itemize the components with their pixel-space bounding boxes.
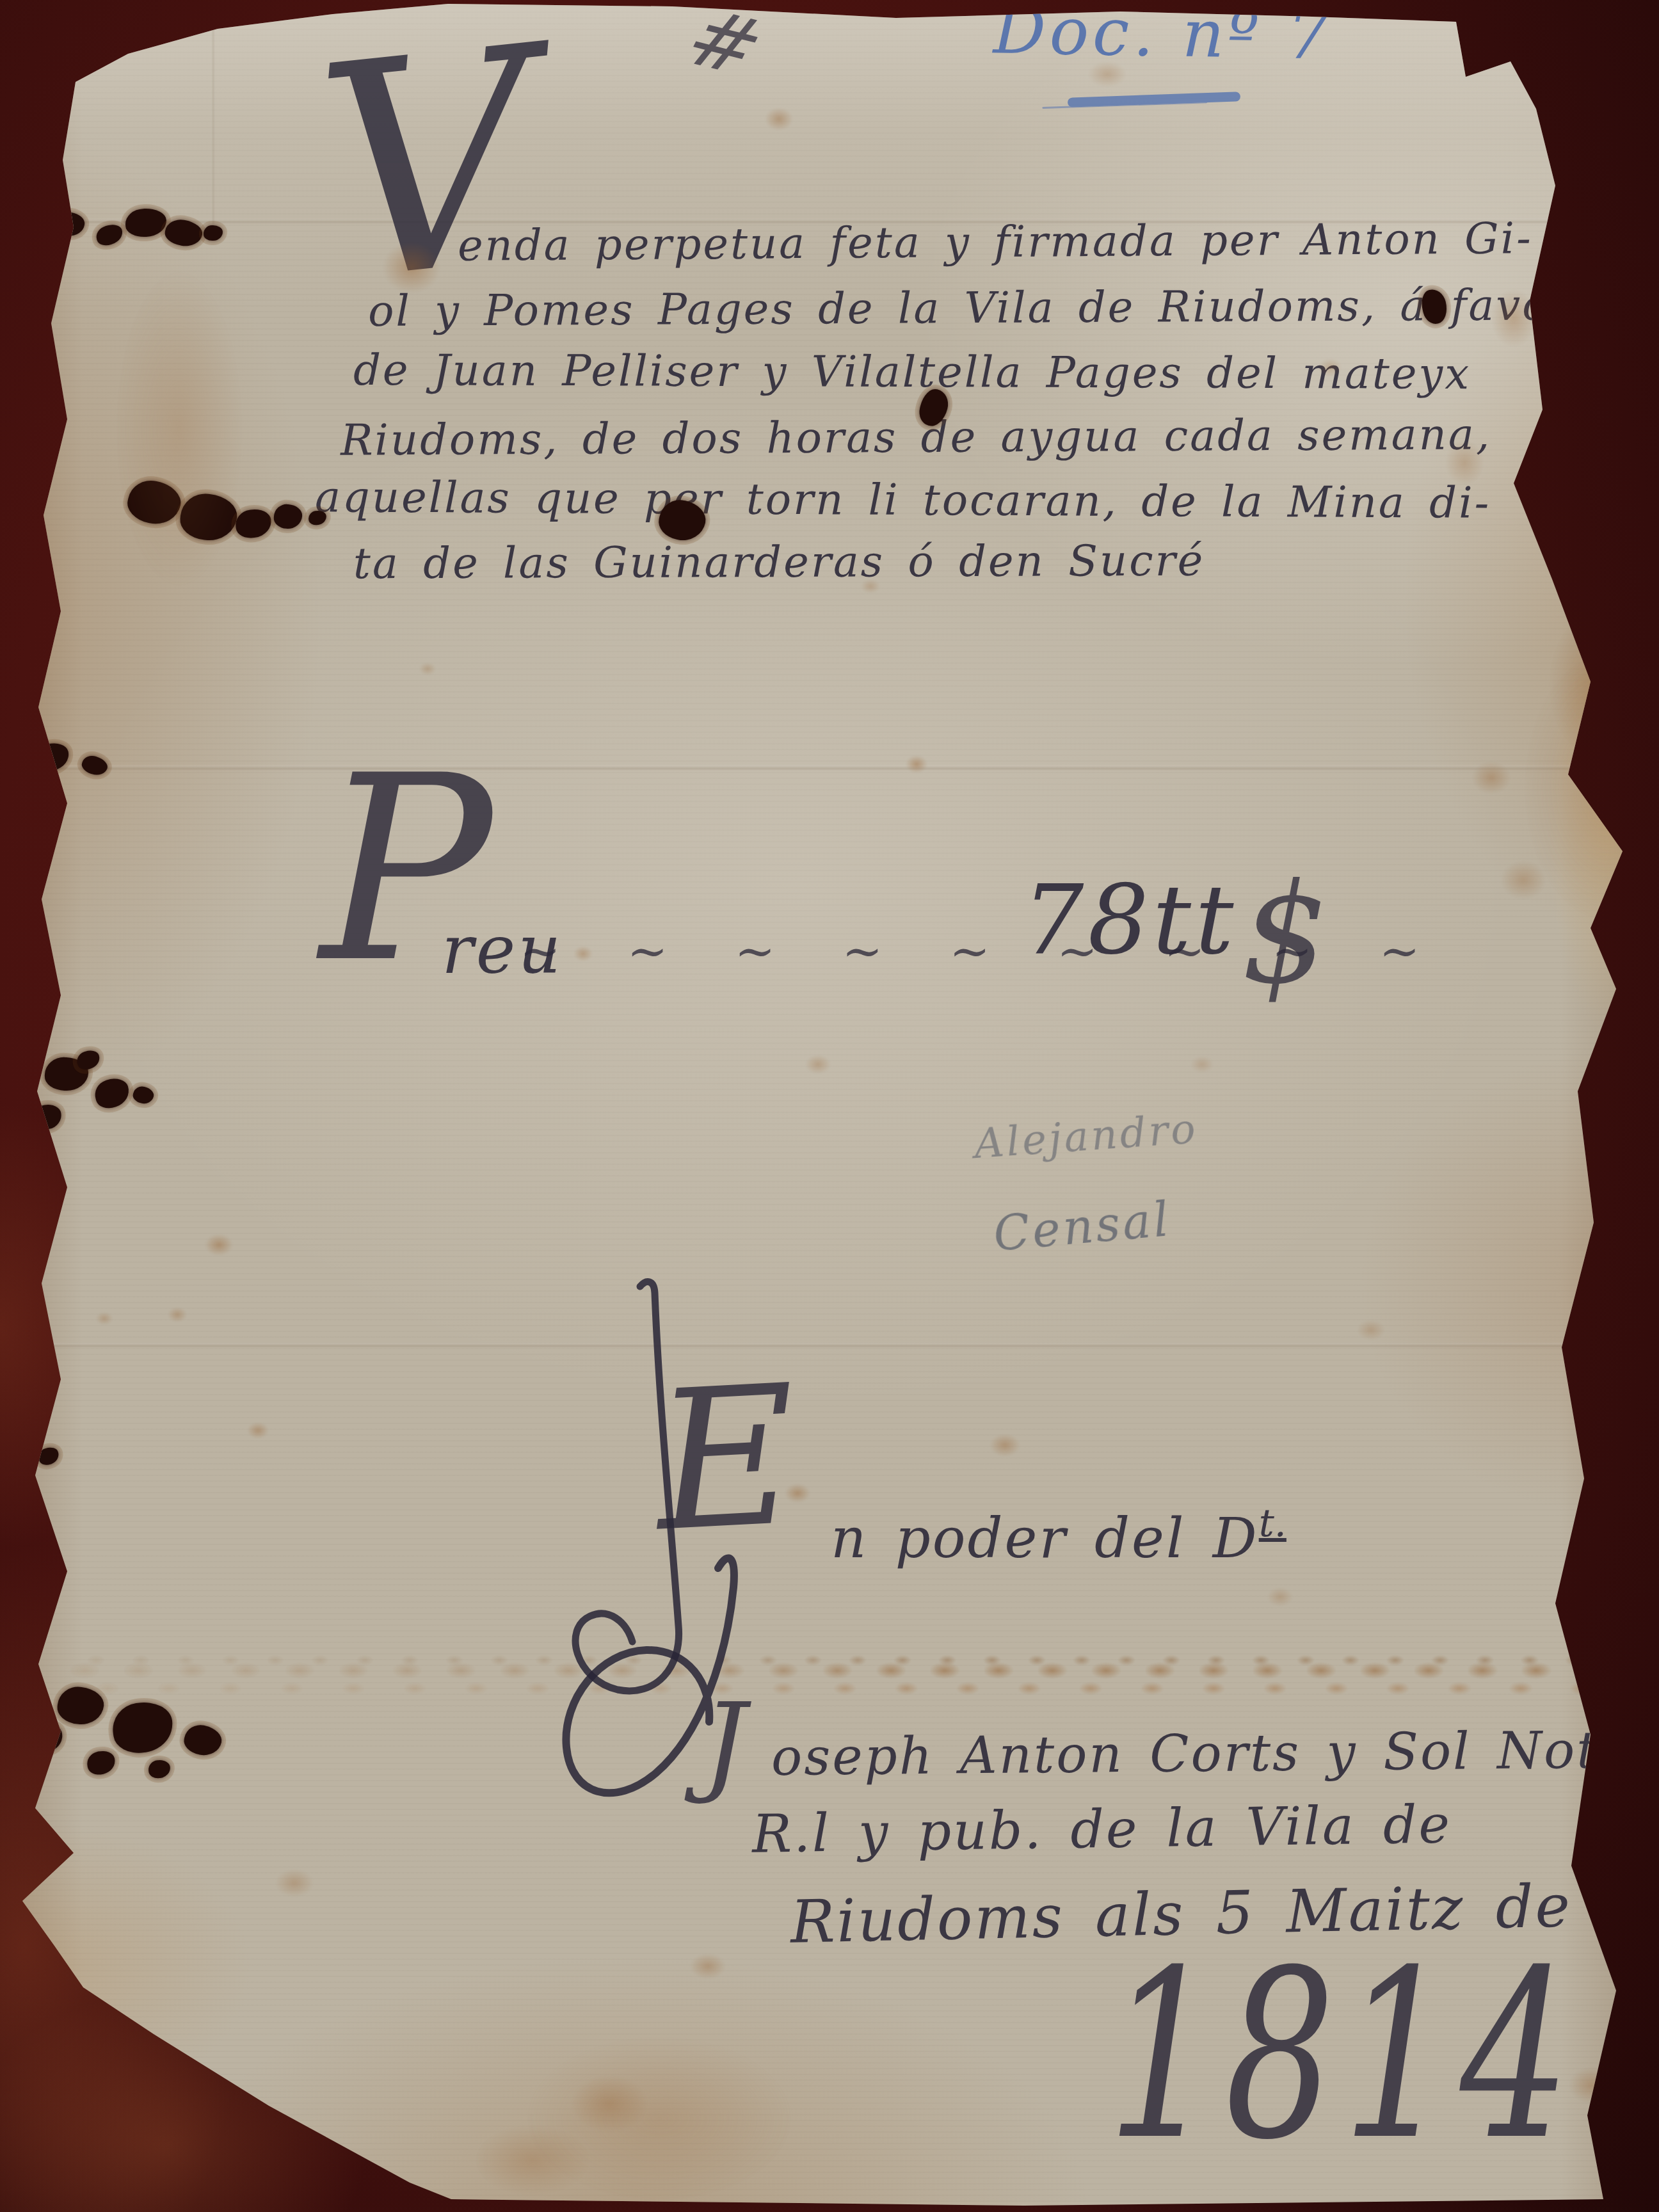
worm-hole	[92, 1075, 133, 1112]
foxing-stain	[1357, 1320, 1385, 1340]
notary-heading-superscript: t.	[1259, 1501, 1286, 1546]
currency-symbol: $	[1241, 854, 1329, 1014]
price-value-group: 78tt$	[1023, 865, 1329, 1003]
foxing-stain	[1267, 1587, 1293, 1607]
foxing-stain	[906, 755, 927, 773]
body-line-1: enda perpetua feta y firmada per Anton G…	[458, 217, 1533, 268]
foxing-stain	[419, 662, 436, 675]
fold-crease	[38, 1343, 1594, 1347]
foxing-stain	[1318, 358, 1342, 376]
foxing-stain	[205, 1234, 233, 1256]
vertical-crease	[211, 19, 214, 224]
foxing-stain	[690, 1953, 726, 1979]
foxing-stain	[1190, 1056, 1214, 1073]
photo-scene: # Doc. nº 7 V enda perpetua feta y firma…	[0, 0, 1659, 2212]
worm-hole	[234, 507, 273, 540]
doc-number-underline	[1068, 92, 1240, 107]
notary-heading: n poder del Dt.	[831, 1504, 1286, 1566]
foxing-stain	[1472, 762, 1511, 794]
foxing-stain	[785, 1484, 810, 1503]
document-year: 1814	[1107, 1939, 1578, 2172]
worm-hole	[148, 1759, 172, 1779]
worm-hole	[85, 1749, 118, 1777]
worm-hole	[109, 1699, 176, 1756]
foxing-stain	[861, 579, 880, 593]
notary-heading-text: n poder del D	[831, 1507, 1259, 1571]
worm-hole	[204, 225, 223, 241]
foxing-stain	[1088, 61, 1126, 87]
worm-hole	[80, 753, 110, 778]
body-line-6: ta de las Guinarderas ó den Sucré	[353, 540, 1205, 586]
foxing-stain	[990, 1434, 1020, 1457]
manuscript-page: # Doc. nº 7 V enda perpetua feta y firma…	[0, 0, 1659, 2212]
price-value: 78tt	[1023, 865, 1237, 976]
fold-stain-band	[70, 1651, 1607, 1706]
foxing-stain	[525, 2035, 794, 2202]
foxing-stain	[115, 269, 243, 589]
pencil-note-name: Alejandro	[973, 1109, 1199, 1165]
foxing-stain	[247, 1422, 269, 1439]
body-line-2: ol y Pomes Pages de la Vila de Riudoms, …	[368, 284, 1573, 333]
reference-mark: #	[675, 0, 776, 88]
foxing-stain	[275, 1869, 314, 1897]
foxing-stain	[1445, 440, 1484, 485]
worm-hole	[308, 509, 328, 526]
pencil-note-censal: Censal	[991, 1196, 1173, 1258]
worm-hole	[125, 208, 166, 237]
foxing-stain	[573, 946, 593, 961]
notary-initial-J: J	[703, 1690, 746, 1799]
body-line-5: aquellas que per torn li tocaran, de la …	[315, 476, 1491, 525]
foxing-stain	[383, 242, 440, 293]
foxing-stain	[168, 1307, 187, 1322]
body-line-3: de Juan Pelliser y Vilaltella Pages del …	[353, 349, 1471, 396]
fold-crease	[38, 765, 1594, 769]
notary-line-2: R.l y pub. de la Vila de	[751, 1799, 1452, 1861]
notary-initial-E: E	[651, 1359, 801, 1559]
worm-hole	[273, 504, 303, 530]
foxing-stain	[96, 1312, 113, 1325]
foxing-stain	[765, 108, 793, 131]
notary-name-line: oseph Anton Corts y Sol Nott.	[771, 1724, 1640, 1783]
worm-hole	[131, 1085, 155, 1106]
body-line-4: Riudoms, de dos horas de aygua cada sema…	[341, 413, 1491, 461]
worm-hole	[93, 221, 125, 248]
foxing-stain	[1491, 289, 1536, 347]
foxing-stain	[805, 1055, 831, 1074]
worm-hole	[182, 1722, 224, 1758]
